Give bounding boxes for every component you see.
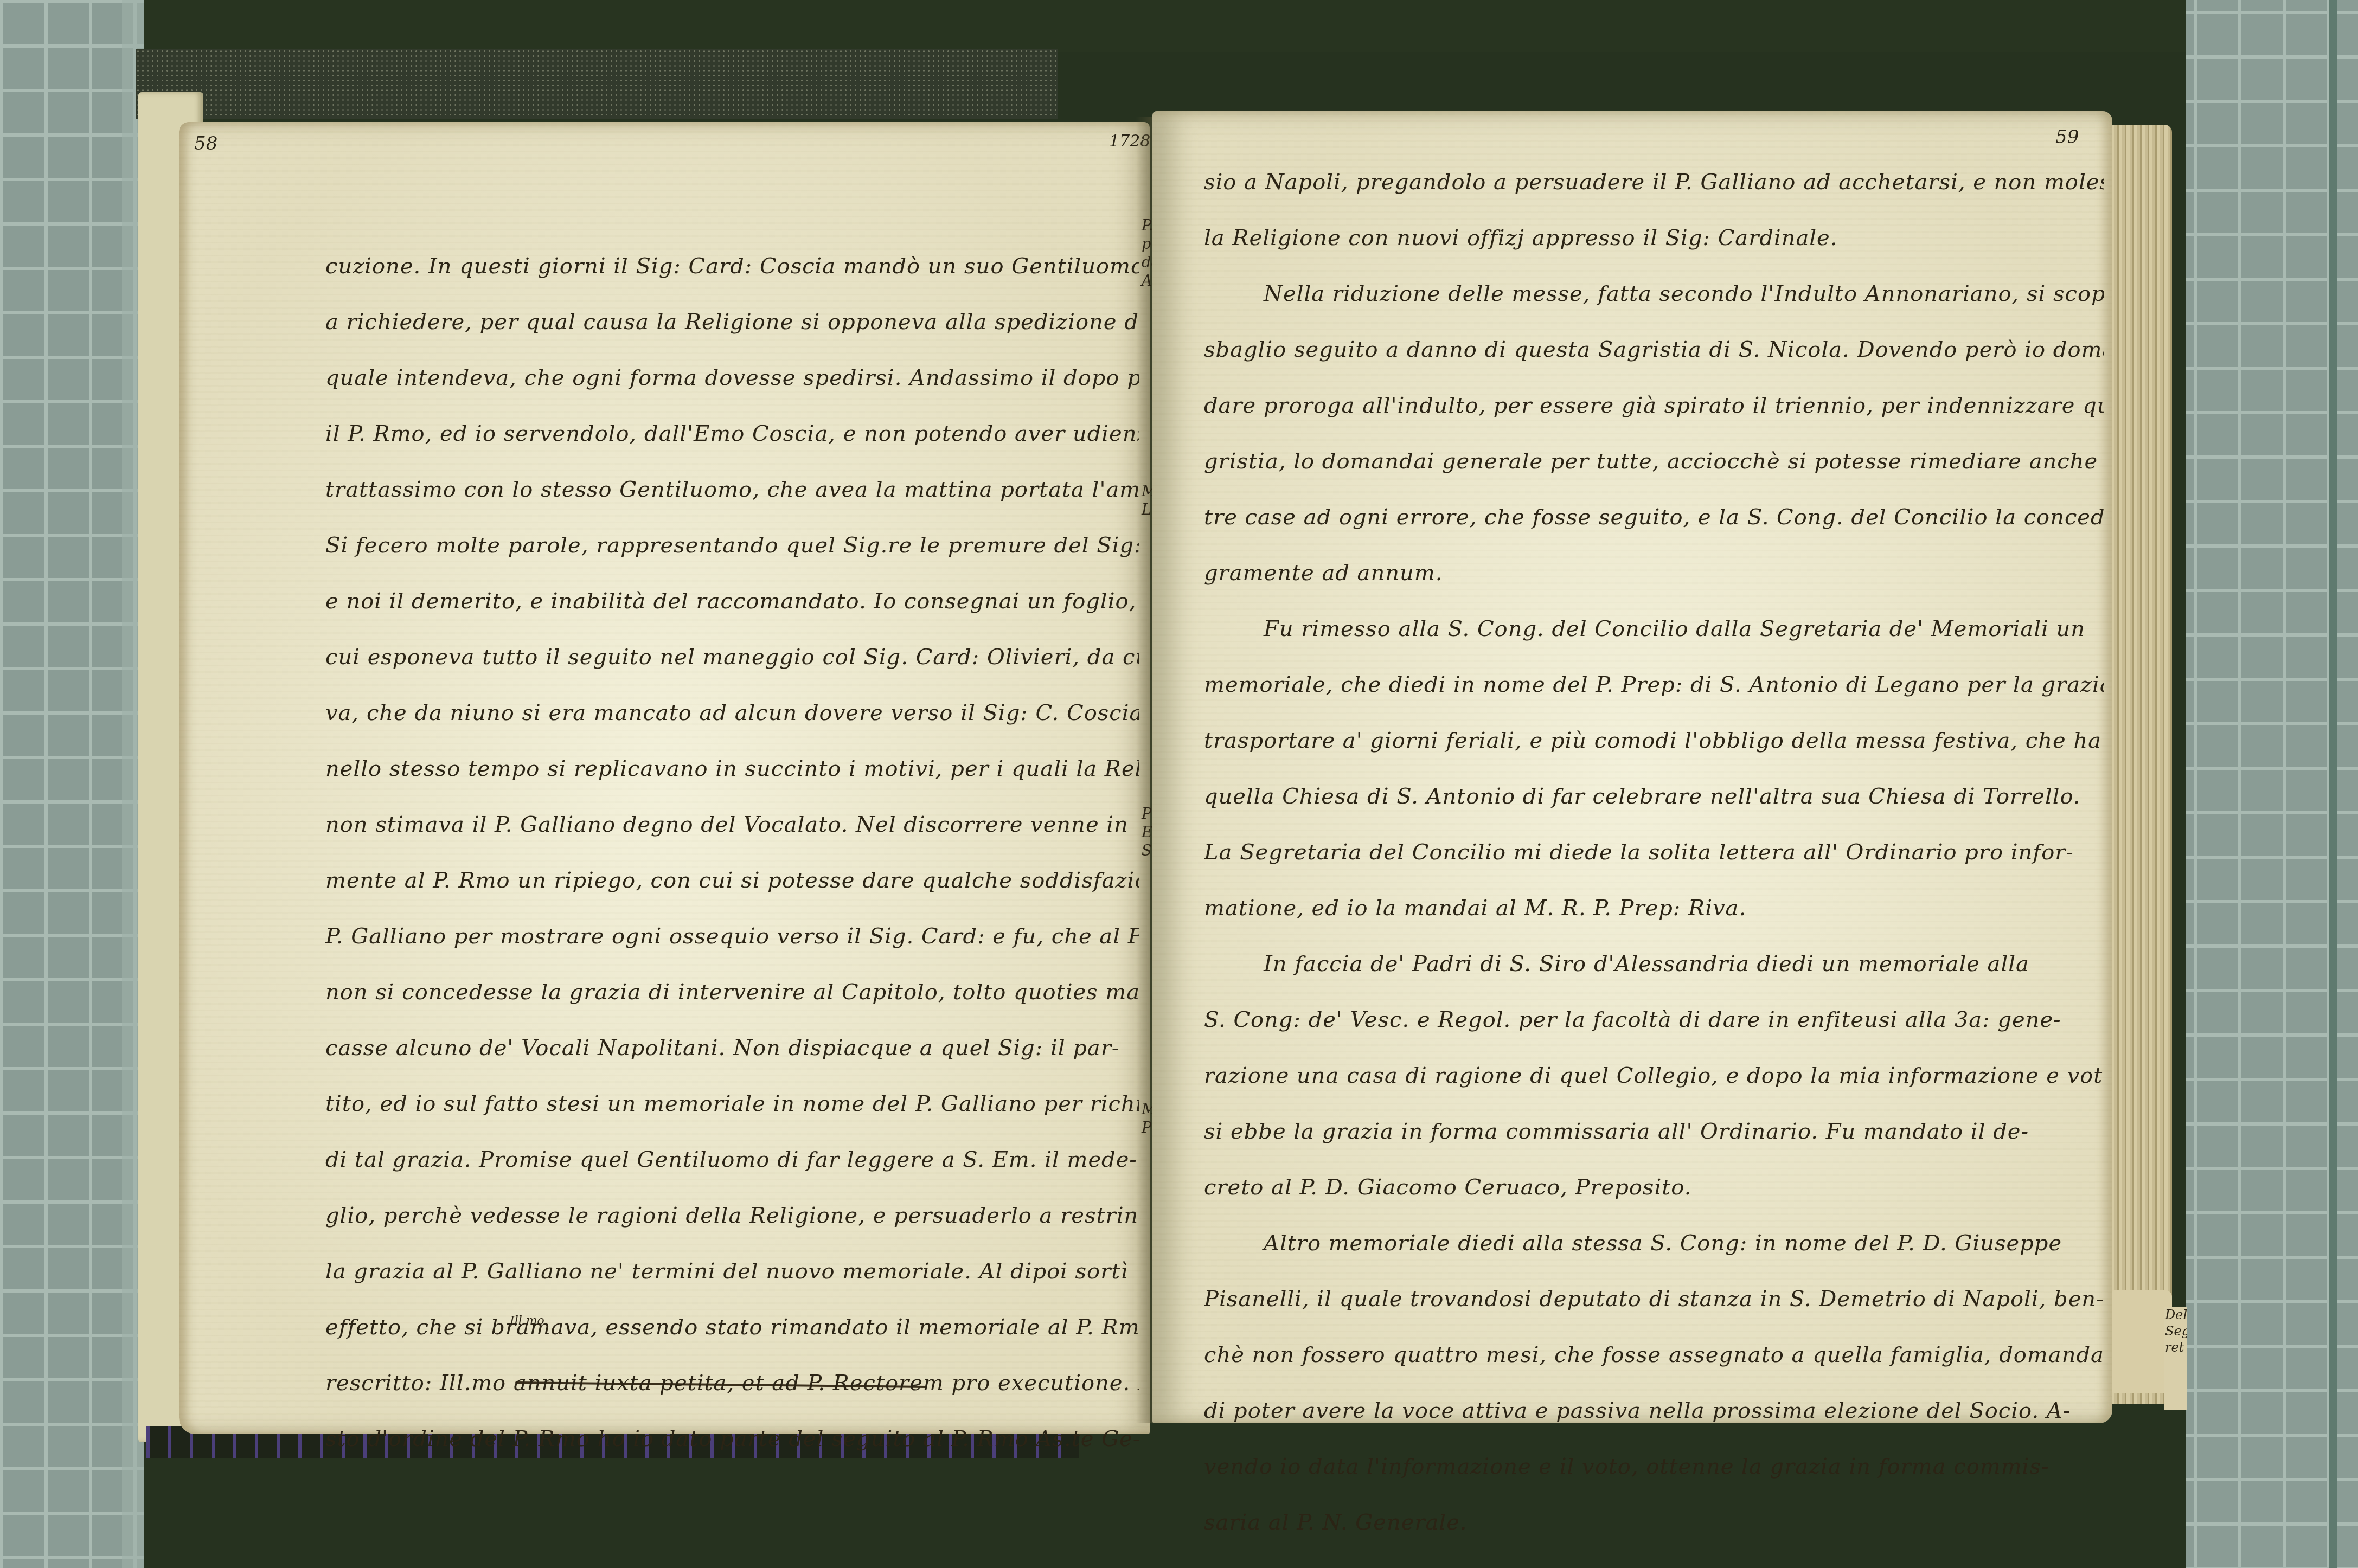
board-top <box>144 0 2186 52</box>
text-line: non si concedesse la grazia di interveni… <box>325 965 1139 1020</box>
text-line: cuzione. In questi giorni il Sig: Card: … <box>325 239 1139 294</box>
text-line: effetto, che si bramava, essendo stato r… <box>325 1300 1139 1355</box>
text-line: a richiedere, per qual causa la Religion… <box>325 294 1139 350</box>
text-line: tito, ed io sul fatto stesi un memoriale… <box>325 1076 1139 1132</box>
text-line: e noi il demerito, e inabilità del racco… <box>325 574 1139 629</box>
paragraph-start: Fu rimesso alla S. Cong. del Concilio da… <box>1204 601 2104 657</box>
left-page-text: cuzione. In questi giorni il Sig: Card: … <box>325 239 1139 1467</box>
text-line: gramente ad annum. <box>1204 545 2104 601</box>
text-line: sto d'ordine del P. Rmo ho io dato parte… <box>325 1411 1139 1467</box>
text-line: la grazia al P. Galliano ne' termini del… <box>325 1244 1139 1300</box>
text-line: di poter avere la voce attiva e passiva … <box>1204 1383 2104 1439</box>
text-line: trattassimo con lo stesso Gentiluomo, ch… <box>325 462 1139 518</box>
text-line: trasportare a' giorni feriali, e più com… <box>1204 713 2104 769</box>
right-page-number: 59 <box>2055 126 2079 148</box>
text-line: S. Cong: de' Vesc. e Regol. per la facol… <box>1204 992 2104 1048</box>
scale-rod <box>2329 0 2337 1568</box>
text-line: saria al P. N. Generale. <box>1204 1495 2104 1551</box>
text-line: razione una casa di ragione di quel Coll… <box>1204 1048 2104 1104</box>
text-line: tre case ad ogni errore, che fosse segui… <box>1204 490 2104 545</box>
paragraph-start: Altro memoriale diedi alla stessa S. Con… <box>1204 1216 2104 1271</box>
text-line: chè non fossero quattro mesi, che fosse … <box>1204 1327 2104 1383</box>
text-line: la Religione con nuovi offizj appresso i… <box>1204 210 2104 266</box>
text-line: nello stesso tempo si replicavano in suc… <box>325 741 1139 797</box>
left-page: 58 1728 Ill.mo cuzione. In questi giorni… <box>179 122 1150 1434</box>
text-line: matione, ed io la mandai al M. R. P. Pre… <box>1204 881 2104 936</box>
left-grid-backdrop <box>0 0 144 1568</box>
text-line: La Segretaria del Concilio mi diede la s… <box>1204 825 2104 881</box>
text-line: Pisanelli, il quale trovandosi deputato … <box>1204 1271 2104 1327</box>
text-line: rescritto: Ill.mo annuit iuxta petita, e… <box>325 1355 1139 1411</box>
fore-edge-tab <box>2112 1290 2172 1393</box>
text-line: il P. Rmo, ed io servendolo, dall'Emo Co… <box>325 406 1139 462</box>
text-line: si ebbe la grazia in forma commissaria a… <box>1204 1104 2104 1160</box>
text-line: va, che da niuno si era mancato ad alcun… <box>325 685 1139 741</box>
text-line: dare proroga all'indulto, per essere già… <box>1204 378 2104 434</box>
text-line: sio a Napoli, pregandolo a persuadere il… <box>1204 155 2104 210</box>
text-line: quella Chiesa di S. Antonio di far celeb… <box>1204 769 2104 825</box>
paragraph-start: Nella riduzione delle messe, fatta secon… <box>1204 266 2104 322</box>
text-line: Si fecero molte parole, rappresentando q… <box>325 518 1139 574</box>
page-fore-edge-stack <box>2107 125 2172 1404</box>
fore-edge-label: Del Seg ret <box>2164 1307 2187 1410</box>
text-line: memoriale, che diedi in nome del P. Prep… <box>1204 657 2104 713</box>
paragraph-start: In faccia de' Padri di S. Siro d'Alessan… <box>1204 936 2104 992</box>
text-line: creto al P. D. Giacomo Ceruaco, Preposit… <box>1204 1160 2104 1216</box>
text-line: sbaglio seguito a danno di questa Sagris… <box>1204 322 2104 378</box>
right-grid-backdrop <box>2186 0 2358 1568</box>
left-page-number: 58 <box>194 133 217 155</box>
text-line: quale intendeva, che ogni forma dovesse … <box>325 350 1139 406</box>
text-line: P. Galliano per mostrare ogni ossequio v… <box>325 909 1139 965</box>
text-line: mente al P. Rmo un ripiego, con cui si p… <box>325 853 1139 909</box>
book-cover-cloth <box>136 49 1058 119</box>
right-page: 59 sio a Napoli, pregandolo a persuadere… <box>1152 111 2112 1423</box>
text-line: casse alcuno de' Vocali Napolitani. Non … <box>325 1020 1139 1076</box>
text-line: cui esponeva tutto il seguito nel manegg… <box>325 629 1139 685</box>
text-line: di tal grazia. Promise quel Gentiluomo d… <box>325 1132 1139 1188</box>
right-page-text: sio a Napoli, pregandolo a persuadere il… <box>1204 155 2104 1551</box>
text-line: vendo io data l'informazione e il voto, … <box>1204 1439 2104 1495</box>
text-line: non stimava il P. Galliano degno del Voc… <box>325 797 1139 853</box>
text-line: gristia, lo domandai generale per tutte,… <box>1204 434 2104 490</box>
text-line: glio, perchè vedesse le ragioni della Re… <box>325 1188 1139 1244</box>
